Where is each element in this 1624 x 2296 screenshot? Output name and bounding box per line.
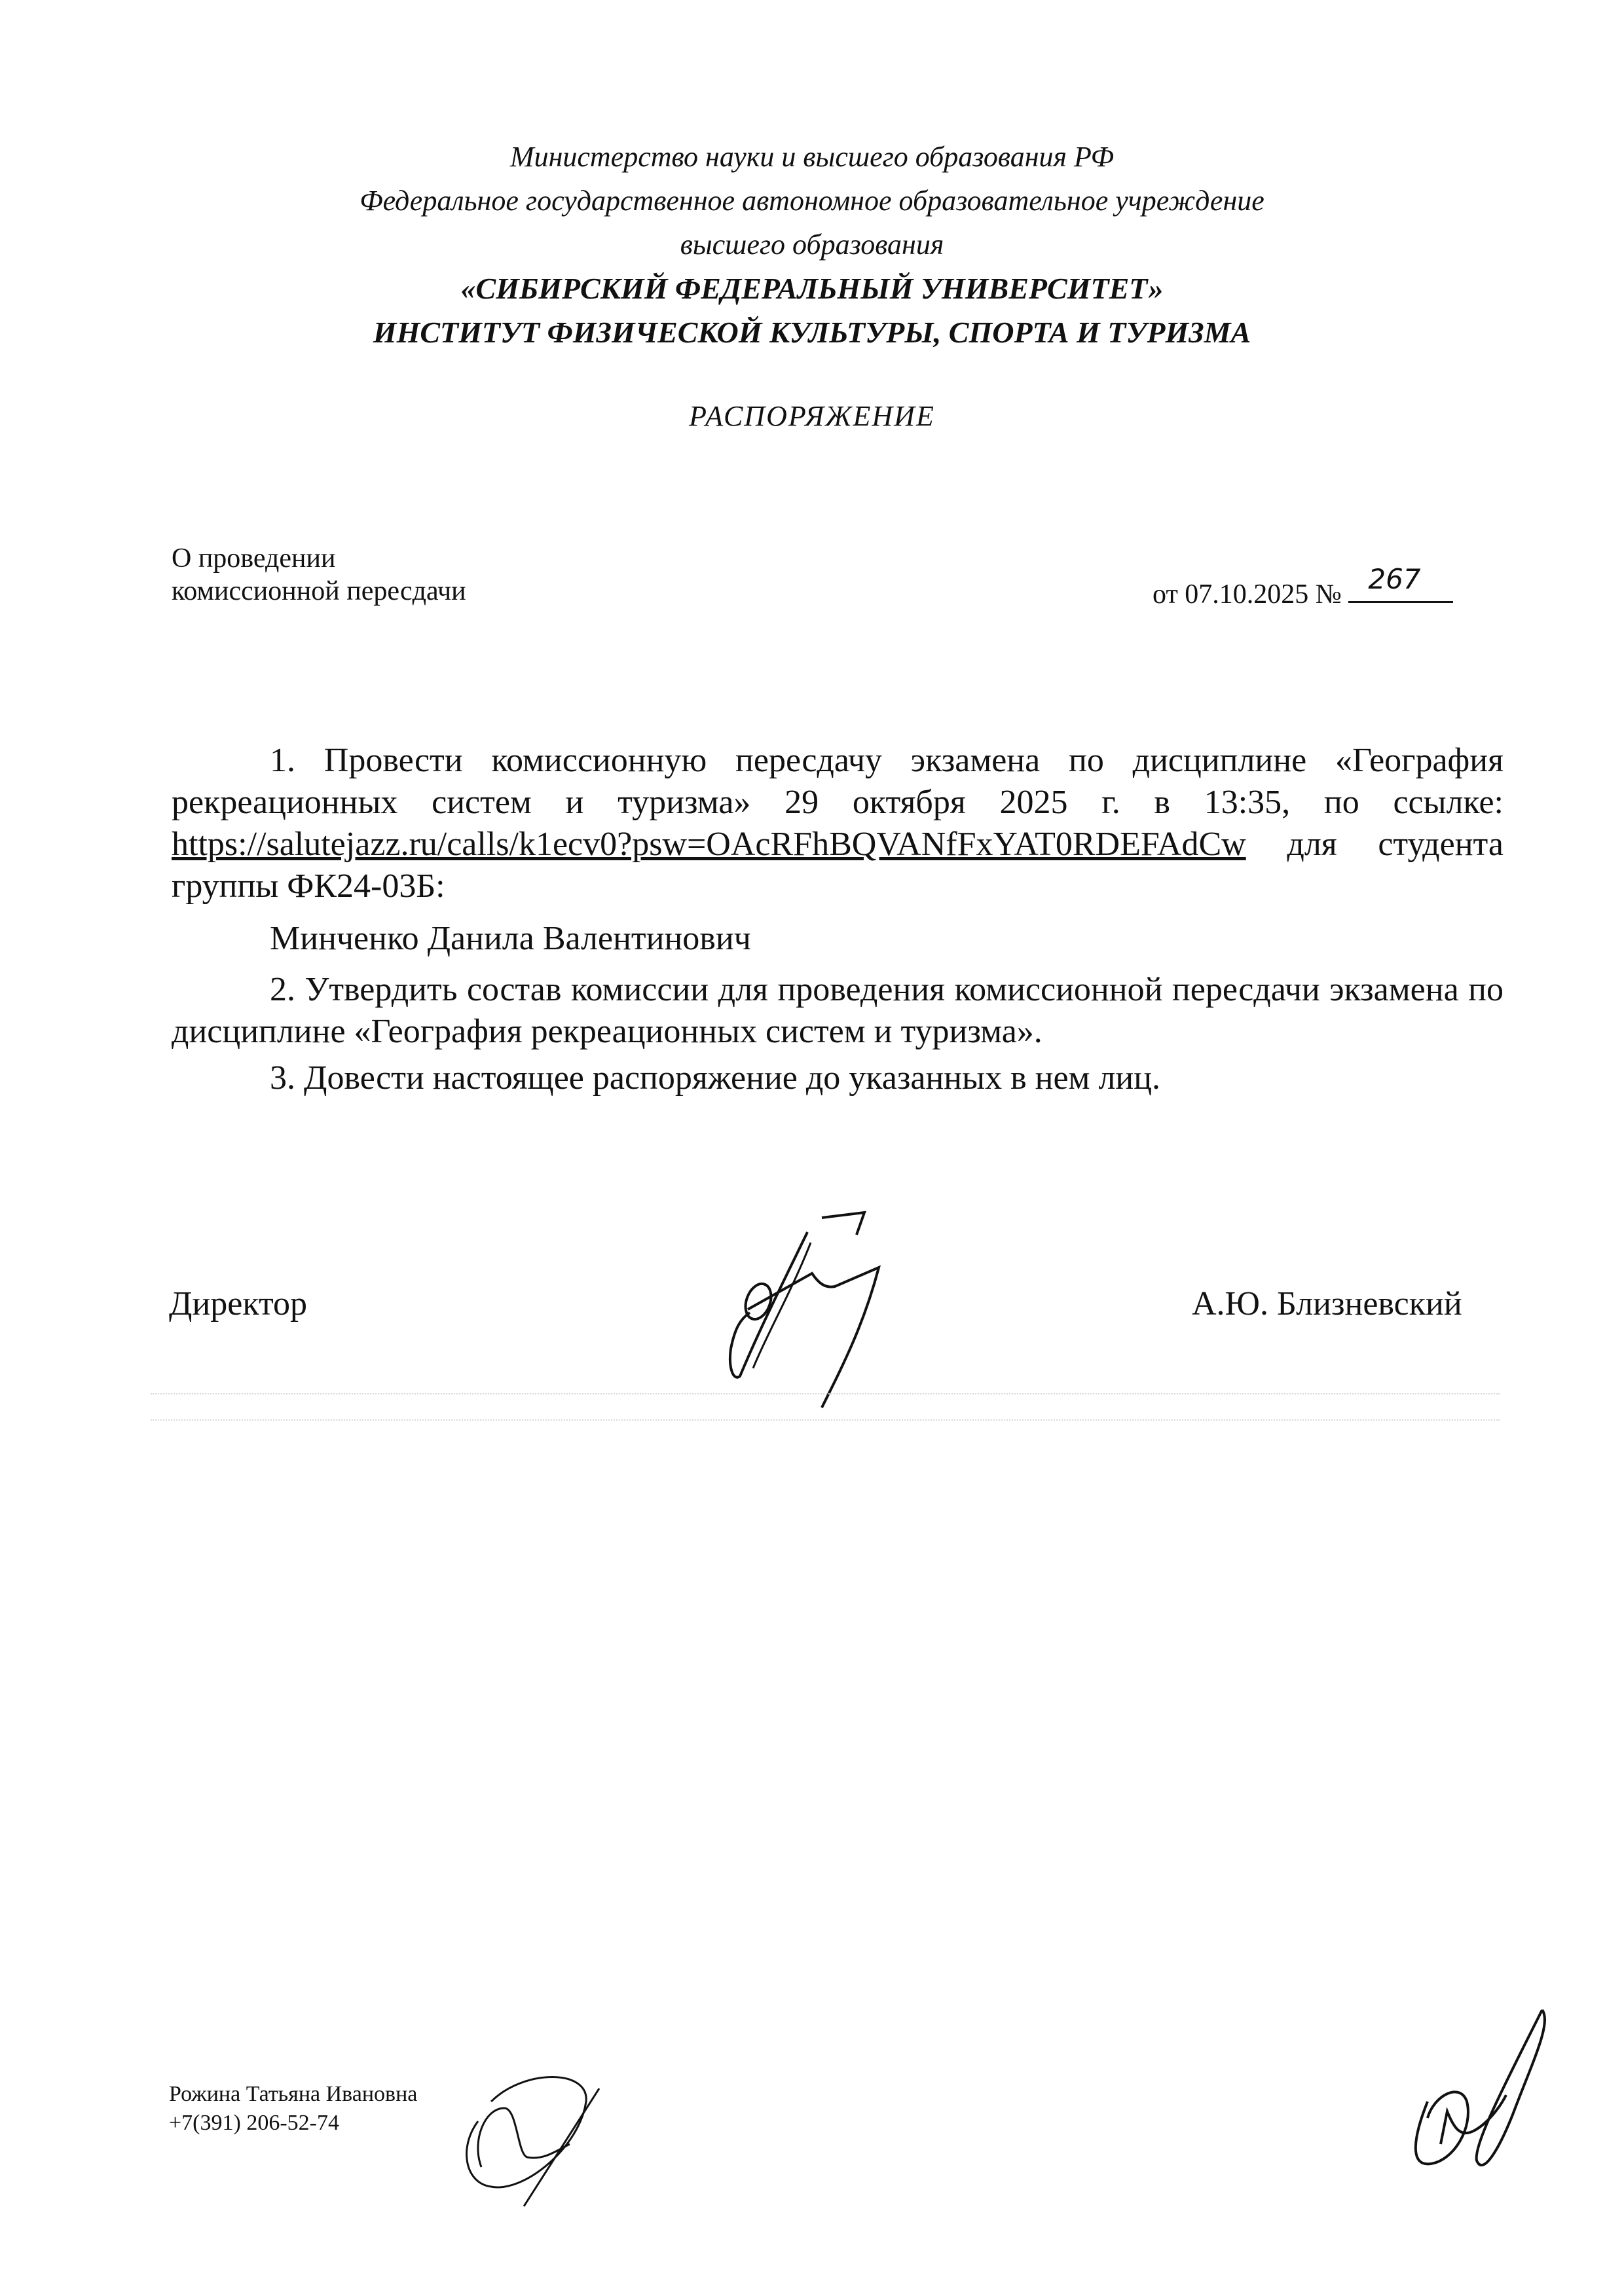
institute-name: ИНСТИТУТ ФИЗИЧЕСКОЙ КУЛЬТУРЫ, СПОРТА И Т…: [0, 318, 1624, 348]
item-2-paragraph: 2. Утвердить состав комиссии для проведе…: [172, 969, 1504, 1053]
contact-phone: +7(391) 206-52-74: [169, 2109, 339, 2137]
item-1-text: 1. Провести комиссионную пересдачу экзам…: [172, 742, 1504, 821]
director-signature-icon: [688, 1192, 917, 1421]
subject-line-2: комиссионной пересдачи: [172, 575, 466, 608]
contact-name: Рожина Татьяна Ивановна: [169, 2081, 417, 2108]
university-name: «СИБИРСКИЙ ФЕДЕРАЛЬНЫЙ УНИВЕРСИТЕТ»: [0, 274, 1624, 304]
institution-level-line: высшего образования: [0, 230, 1624, 259]
scan-artifact-line: [151, 1393, 1500, 1394]
handwritten-number: 267: [1368, 563, 1420, 596]
approval-signature-icon: [1401, 2003, 1559, 2180]
ministry-line: Министерство науки и высшего образования…: [0, 143, 1624, 172]
subject-line-1: О проведении: [172, 542, 335, 575]
document-type-title: РАСПОРЯЖЕНИЕ: [0, 399, 1624, 433]
contact-signature-icon: [445, 2062, 616, 2213]
document-number-field: 267: [1348, 575, 1453, 603]
signatory-name: А.Ю. Близневский: [1192, 1283, 1462, 1325]
student-name: Минченко Данила Валентинович: [270, 918, 751, 960]
signatory-position: Директор: [169, 1283, 307, 1325]
meeting-link[interactable]: https://salutejazz.ru/calls/k1ecv0?psw=O…: [172, 826, 1246, 863]
institution-type-line: Федеральное государственное автономное о…: [0, 187, 1624, 215]
date-label: от 07.10.2025 №: [1153, 579, 1342, 610]
item-3-paragraph: 3. Довести настоящее распоряжение до ука…: [270, 1057, 1160, 1099]
date-number-line: от 07.10.2025 № 267: [1153, 575, 1453, 611]
item-1-paragraph: 1. Провести комиссионную пересдачу экзам…: [172, 740, 1504, 907]
scan-artifact-line: [151, 1419, 1500, 1421]
